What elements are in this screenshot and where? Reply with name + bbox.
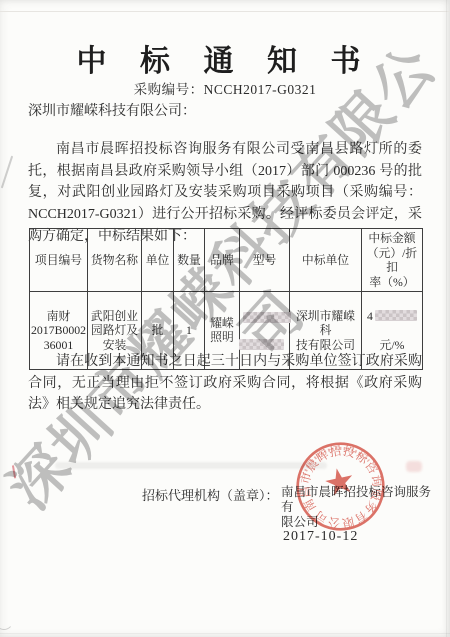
award-table: 项目编号 货物名称 单位 数量 品牌 型号 中标单位 中标金额 （元）/折扣 率… [29, 228, 423, 370]
scan-artifact-smudge [55, 462, 327, 469]
scan-artifact-red-speck [12, 465, 20, 479]
official-seal: 南昌市晨晖招投标咨询服务有限公司 [291, 437, 390, 536]
agency-label: 招标代理机构（盖章）： [142, 485, 279, 504]
body-paragraph-2: 请在收到本通知书之日起三十日内与采购单位签订政府采购合同，无正当理由拒不签订政府… [28, 351, 422, 416]
table-header-row: 项目编号 货物名称 单位 数量 品牌 型号 中标单位 中标金额 （元）/折扣 率… [30, 229, 423, 292]
header-project-no: 项目编号 [30, 229, 88, 292]
redacted-model-block-1 [243, 312, 291, 323]
procurement-number: 采购编号：NCCH2017-G0321 [0, 78, 450, 98]
scan-artifact-bottom-line [0, 633, 450, 634]
header-winner: 中标单位 [290, 229, 362, 292]
seal-star-icon [323, 465, 355, 496]
recipient-line: 深圳市耀嵘科技有限公司： [28, 100, 196, 120]
scanned-award-notice-page: 深圳市耀嵘科技有限公司 中 标 通 知 书 采购编号：NCCH2017-G032… [0, 0, 450, 637]
redacted-model-block-2 [239, 339, 284, 350]
scan-artifact-pink-smudge [406, 461, 422, 472]
header-goods-name: 货物名称 [88, 229, 142, 292]
amount-suffix: 元/% [363, 338, 421, 353]
scan-artifact-left-stroke [1, 156, 13, 189]
header-model: 型号 [240, 229, 290, 292]
redacted-amount-block [375, 310, 417, 321]
header-unit: 单位 [142, 229, 174, 292]
document-title: 中 标 通 知 书 [0, 36, 450, 80]
header-brand: 品牌 [205, 229, 240, 292]
header-amount: 中标金额 （元）/折扣 率（%） [362, 229, 423, 292]
amount-prefix: 4 [367, 309, 373, 324]
scan-artifact-corner-curve [0, 608, 14, 630]
scan-artifact-top-line [0, 11, 450, 12]
header-quantity: 数量 [174, 229, 205, 292]
